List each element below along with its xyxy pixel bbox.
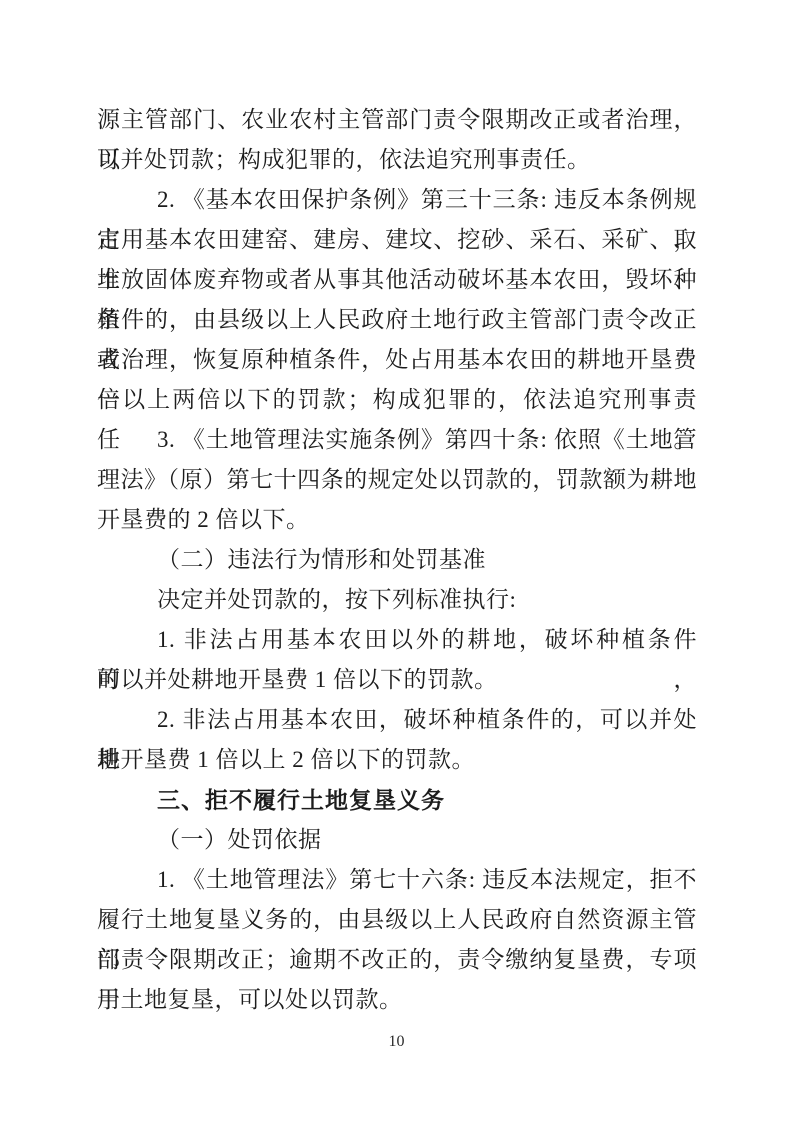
text-line: 占用基本农田建窑、建房、建坟、挖砂、采石、采矿、取土、 [97, 220, 697, 260]
subsection-heading-penalty-basis: （一）处罚依据 [97, 820, 697, 860]
page-number: 10 [0, 1030, 793, 1054]
text-line: 倍以上两倍以下的罚款；构成犯罪的，依法追究刑事责任。 [97, 380, 697, 420]
list-item-1-land-administration-law: 1. 《土地管理法》第七十六条: 违反本法规定，拒不 [97, 860, 697, 900]
text-line: 地开垦费 1 倍以上 2 倍以下的罚款。 [97, 740, 697, 780]
document-body: 源主管部门、农业农村主管部门责令限期改正或者治理，可 以并处罚款；构成犯罪的，依… [97, 100, 697, 1020]
text-line: 者治理，恢复原种植条件，处占用基本农田的耕地开垦费一 [97, 340, 697, 380]
text-line: 条件的，由县级以上人民政府土地行政主管部门责令改正或 [97, 300, 697, 340]
text-line: 履行土地复垦义务的，由县级以上人民政府自然资源主管部 [97, 900, 697, 940]
text-line: 开垦费的 2 倍以下。 [97, 500, 697, 540]
list-item-2-basic-farmland: 2. 非法占用基本农田，破坏种植条件的，可以并处耕 [97, 700, 697, 740]
text-line: 理法》（原）第七十四条的规定处以罚款的，罚款额为耕地 [97, 460, 697, 500]
list-item-1-non-basic-farmland: 1. 非法占用基本农田以外的耕地，破坏种植条件的， [97, 620, 697, 660]
subsection-heading-violation-penalty-criteria: （二）违法行为情形和处罚基准 [97, 540, 697, 580]
text-line: 于土地复垦，可以处以罚款。 [97, 980, 697, 1020]
text-line: 堆放固体废弃物或者从事其他活动破坏基本农田，毁坏种植 [97, 260, 697, 300]
section-heading-land-reclamation-obligation: 三、拒不履行土地复垦义务 [97, 780, 697, 820]
list-item-2-basic-farmland-regulation: 2. 《基本农田保护条例》第三十三条: 违反本条例规定， [97, 180, 697, 220]
text-line: 以并处罚款；构成犯罪的，依法追究刑事责任。 [97, 140, 697, 180]
document-page: 源主管部门、农业农村主管部门责令限期改正或者治理，可 以并处罚款；构成犯罪的，依… [0, 0, 793, 1122]
text-line: 源主管部门、农业农村主管部门责令限期改正或者治理，可 [97, 100, 697, 140]
text-line: 决定并处罚款的，按下列标准执行: [97, 580, 697, 620]
text-line: 门责令限期改正；逾期不改正的，责令缴纳复垦费，专项用 [97, 940, 697, 980]
list-item-3-implementation-regulation: 3. 《土地管理法实施条例》第四十条: 依照《土地管 [97, 420, 697, 460]
